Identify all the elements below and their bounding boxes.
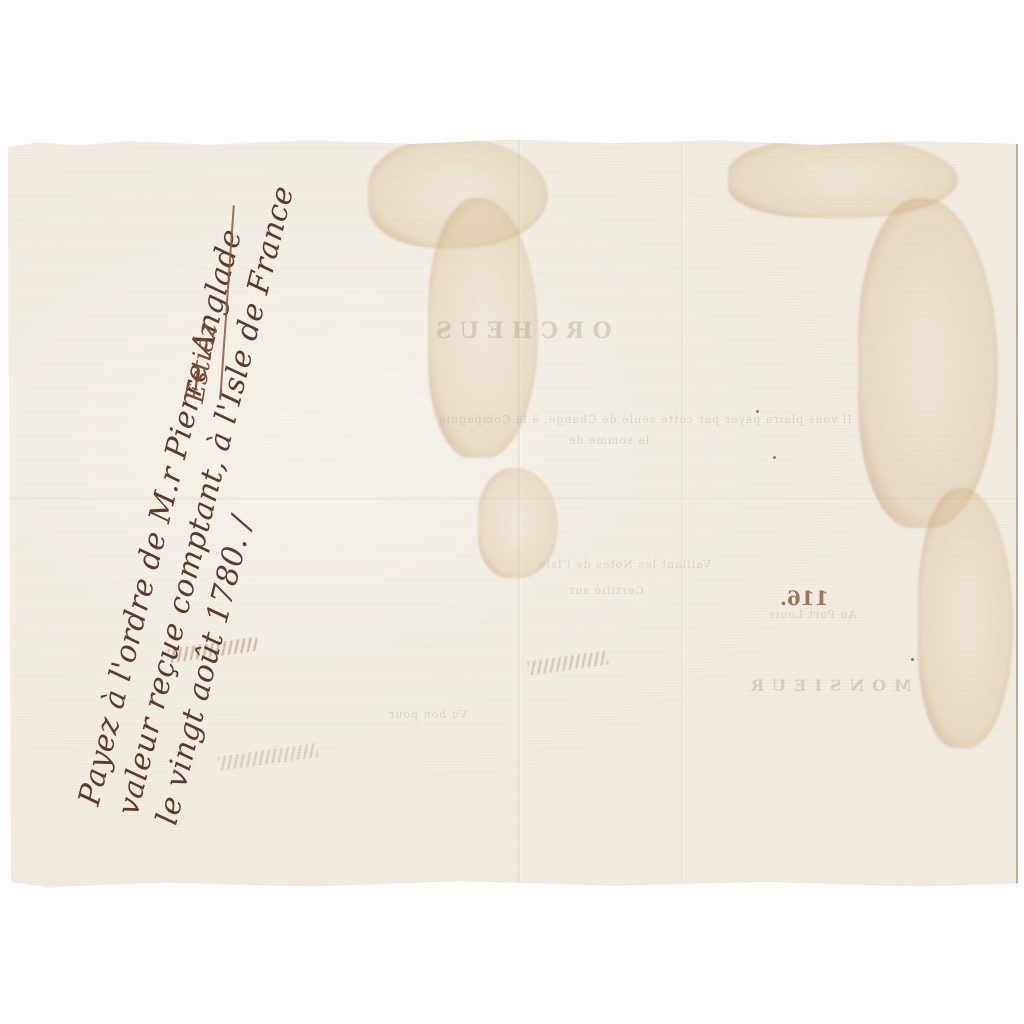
ink-speck [911,658,914,661]
ink-speck [773,456,776,459]
amount-bleed-through: 116. [780,586,829,610]
ink-smudge [218,743,319,771]
show-through-line: MONSIEUR [743,676,912,695]
scan-canvas: ORCHEUS Il vous plaira payer par cette s… [0,0,1024,1024]
water-stain-right [858,198,998,528]
show-through-line: Certifié sur [568,584,644,597]
water-stain-lower-right [918,488,1013,748]
show-through-line: la somme de [568,434,649,447]
vertical-fold-right [681,138,684,888]
show-through-line: Vaillant les Notes de l'Isle [538,558,711,571]
show-through-heading: ORCHEUS [428,318,612,344]
ink-speck [756,410,759,413]
show-through-line: Il vous plaira payer par cette seule de … [438,413,852,426]
show-through-line: Vu bon pour [388,708,467,721]
ink-smudge [527,651,608,676]
